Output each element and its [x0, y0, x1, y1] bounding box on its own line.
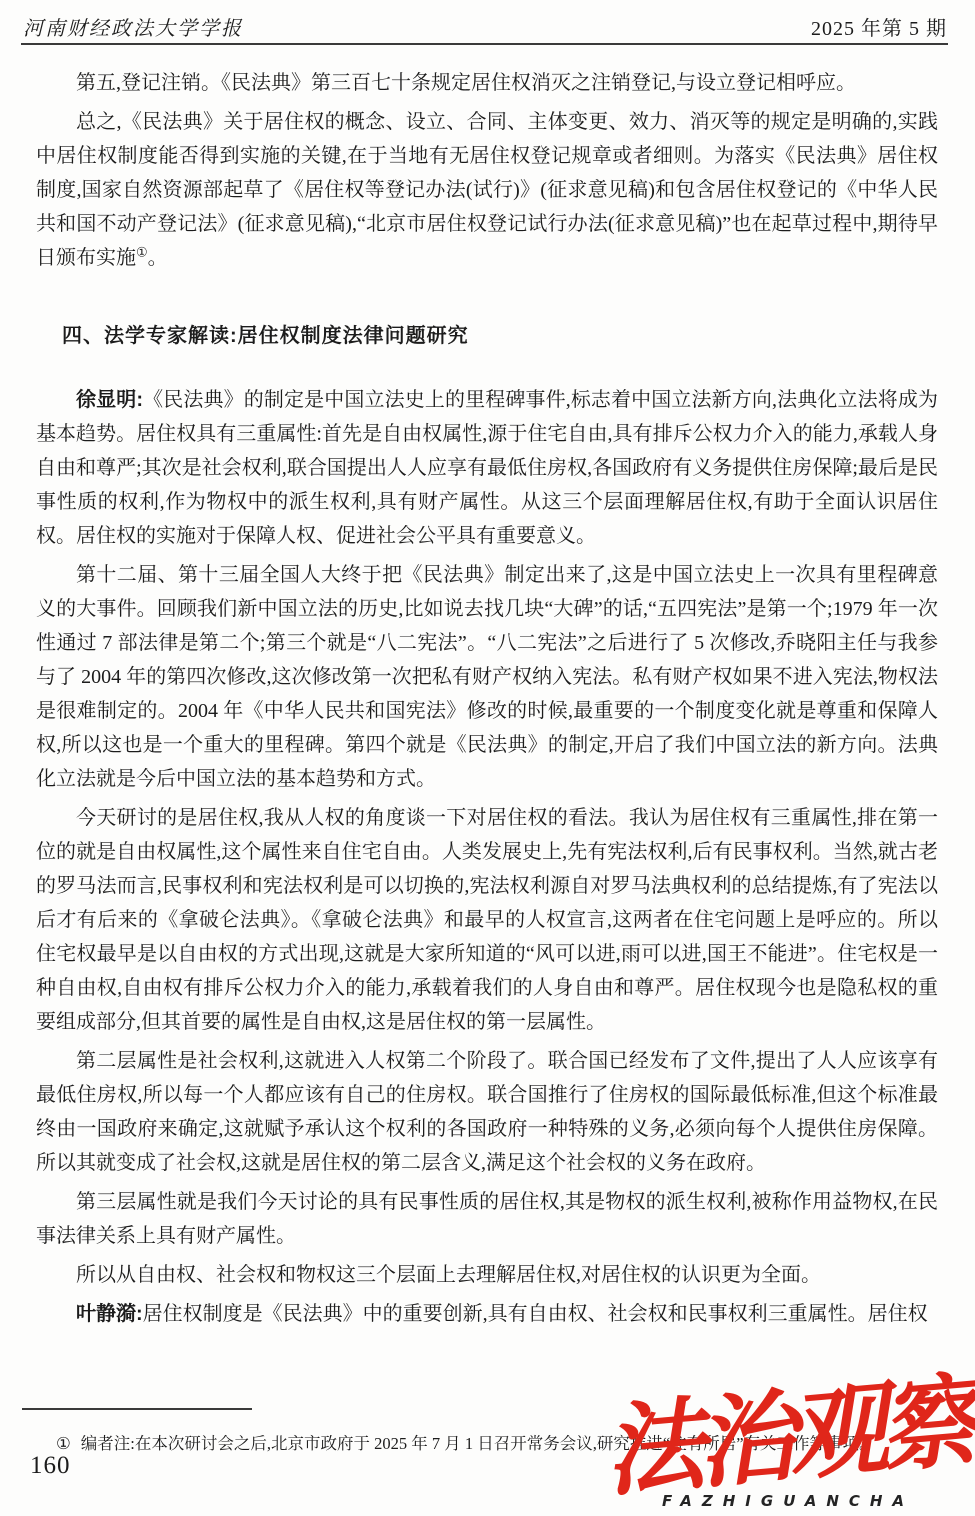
paragraph-text: 总之,《民法典》关于居住权的概念、设立、合同、主体变更、效力、消灭等的规定是明确… — [36, 111, 938, 269]
paragraph: 第十二届、第十三届全国人大终于把《民法典》制定出来了,这是中国立法史上一次具有里… — [36, 558, 938, 796]
footnote: ①编者注:在本次研讨会之后,北京市政府于 2025 年 7 月 1 日召开常务会… — [36, 1432, 896, 1456]
paragraph-text: 《民法典》的制定是中国立法史上的里程碑事件,标志着中国立法新方向,法典化立法将成… — [36, 389, 938, 547]
paragraph-text: 居住权制度是《民法典》中的重要创新,具有自由权、社会权和民事权利三重属性。居住权 — [143, 1303, 928, 1325]
paragraph: 第三层属性就是我们今天讨论的具有民事性质的居住权,其是物权的派生权利,被称作用益… — [36, 1185, 938, 1253]
paragraph-text: 第五,登记注销。《民法典》第三百七十条规定居住权消灭之注销登记,与设立登记相呼应… — [76, 72, 856, 94]
paragraph-text: 第三层属性就是我们今天讨论的具有民事性质的居住权,其是物权的派生权利,被称作用益… — [36, 1191, 938, 1247]
footnote-text: 编者注:在本次研讨会之后,北京市政府于 2025 年 7 月 1 日召开常务会议… — [81, 1434, 876, 1453]
paragraph: 今天研讨的是居住权,我从人权的角度谈一下对居住权的看法。我认为居住权有三重属性,… — [36, 801, 938, 1039]
journal-page: 河南财经政法大学学报 2025 年第 5 期 第五,登记注销。《民法典》第三百七… — [0, 0, 975, 1516]
section-heading: 四、法学专家解读:居住权制度法律问题研究 — [36, 319, 938, 353]
footnote-ref: ① — [136, 244, 148, 259]
page-number: 160 — [30, 1452, 71, 1480]
article-body: 第五,登记注销。《民法典》第三百七十条规定居住权消灭之注销登记,与设立登记相呼应… — [36, 66, 938, 1336]
paragraph-text: 第十二届、第十三届全国人大终于把《民法典》制定出来了,这是中国立法史上一次具有里… — [36, 564, 938, 790]
header-rule — [21, 43, 948, 45]
speaker-name: 徐显明: — [76, 389, 143, 411]
speaker-name: 叶静漪: — [76, 1303, 143, 1325]
paragraph-text: 第二层属性是社会权利,这就进入人权第二个阶段了。联合国已经发布了文件,提出了人人… — [36, 1050, 938, 1174]
paragraph: 第五,登记注销。《民法典》第三百七十条规定居住权消灭之注销登记,与设立登记相呼应… — [36, 66, 938, 100]
running-head: 河南财经政法大学学报 2025 年第 5 期 — [23, 12, 947, 41]
footnote-rule — [22, 1408, 252, 1410]
journal-title: 河南财经政法大学学报 — [23, 12, 243, 41]
paragraph: 徐显明:《民法典》的制定是中国立法史上的里程碑事件,标志着中国立法新方向,法典化… — [36, 383, 938, 553]
watermark-subtext: FAZHIGUANCHA — [601, 1492, 975, 1510]
paragraph: 所以从自由权、社会权和物权这三个层面上去理解居住权,对居住权的认识更为全面。 — [36, 1258, 938, 1292]
paragraph-tail: 。 — [148, 247, 168, 269]
paragraph-text: 所以从自由权、社会权和物权这三个层面上去理解居住权,对居住权的认识更为全面。 — [76, 1264, 821, 1286]
paragraph: 总之,《民法典》关于居住权的概念、设立、合同、主体变更、效力、消灭等的规定是明确… — [36, 105, 938, 275]
paragraph: 叶静漪:居住权制度是《民法典》中的重要创新,具有自由权、社会权和民事权利三重属性… — [36, 1297, 938, 1331]
paragraph: 第二层属性是社会权利,这就进入人权第二个阶段了。联合国已经发布了文件,提出了人人… — [36, 1044, 938, 1180]
paragraph-text: 今天研讨的是居住权,我从人权的角度谈一下对居住权的看法。我认为居住权有三重属性,… — [36, 807, 938, 1033]
issue-label: 2025 年第 5 期 — [811, 12, 947, 41]
footnote-marker: ① — [36, 1434, 71, 1453]
